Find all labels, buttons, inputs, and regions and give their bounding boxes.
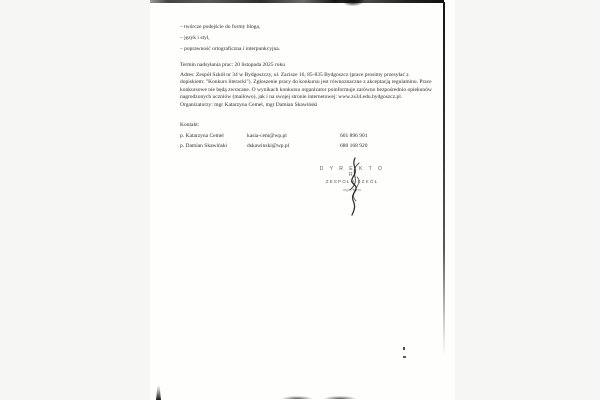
scan-edge-blob — [342, 0, 364, 6]
deadline-line: Termin nadsyłania prac: 20 listopada 202… — [180, 62, 432, 70]
criteria-item: – twórcze podejście do formy bloga, — [180, 22, 432, 33]
document-content: – twórcze podejście do formy bloga, – ję… — [180, 22, 432, 151]
scan-bottom-smudge — [324, 396, 356, 399]
contact-row: p. Damian Skawiński dskawinski@wp.pl 680… — [180, 141, 432, 151]
contact-row: p. Katarzyna Cemel kasia-cem@wp.pl 601 8… — [180, 131, 432, 141]
contact-name: p. Damian Skawiński — [180, 141, 247, 151]
scan-corner-smudge — [156, 385, 161, 400]
contact-phone: 601 896 901 — [340, 131, 432, 141]
handwritten-signature — [338, 156, 370, 218]
address-paragraph: Adres: Zespół Szkół nr 34 w Bydgoszczy, … — [180, 72, 432, 102]
scan-speck — [403, 347, 405, 350]
contact-heading: Kontakt: — [180, 122, 432, 130]
contact-email: kasia-cem@wp.pl — [247, 131, 340, 141]
document-page: – twórcze podejście do formy bloga, – ję… — [150, 0, 455, 400]
criteria-item: – język i styl, — [180, 33, 432, 44]
scan-backdrop: – twórcze podejście do formy bloga, – ję… — [0, 0, 600, 400]
contact-name: p. Katarzyna Cemel — [180, 131, 247, 141]
contact-phone: 680 168 920 — [340, 141, 432, 151]
scan-bottom-smudge — [282, 396, 312, 399]
contact-email: dskawinski@wp.pl — [247, 141, 340, 151]
organizers-line: Organizatorzy: mgr Katarzyna Cemel, mgr … — [180, 102, 432, 110]
page-fold-line — [443, 2, 445, 356]
scan-edge-top — [150, 0, 444, 3]
criteria-item: – poprawność ortograficzna i interpunkcy… — [180, 44, 432, 55]
scan-speck — [403, 356, 406, 358]
